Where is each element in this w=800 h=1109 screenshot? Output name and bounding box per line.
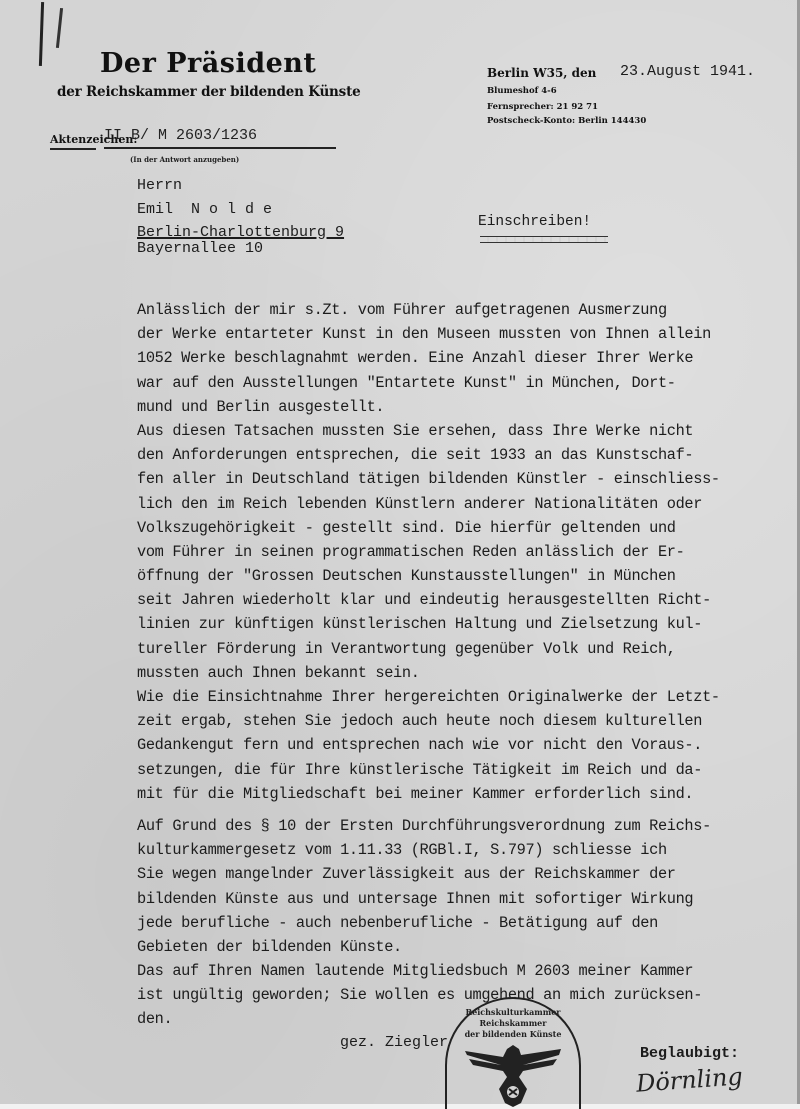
stamp-text: Reichskammer — [447, 1018, 579, 1029]
body-line: Auf Grund des § 10 der Ersten Durchführu… — [137, 814, 797, 838]
body-line: Wie die Einsichtnahme Ihrer hergereichte… — [137, 685, 797, 709]
body-line: Volkszugehörigkeit - gestellt sind. Die … — [137, 516, 797, 540]
double-underline — [480, 236, 608, 243]
body-line: vom Führer in seinen programmatischen Re… — [137, 540, 797, 564]
body-line: setzungen, die für Ihre künstlerische Tä… — [137, 758, 797, 782]
recipient-street: Bayernallee 10 — [137, 240, 263, 257]
body-line: der Werke entarteter Kunst in den Museen… — [137, 322, 797, 346]
body-line: lich den im Reich lebenden Künstlern and… — [137, 492, 797, 516]
body-line: war auf den Ausstellungen "Entartete Kun… — [137, 371, 797, 395]
body-line: Das auf Ihren Namen lautende Mitgliedsbu… — [137, 959, 797, 983]
eagle-emblem-icon — [463, 1043, 563, 1109]
body-line: Sie wegen mangelnder Zuverlässigkeit aus… — [137, 862, 797, 886]
body-line: jede berufliche - auch nebenberufliche -… — [137, 911, 797, 935]
sender-city: Berlin W35, den — [487, 66, 596, 80]
body-line: Gedankengut fern und entsprechen nach wi… — [137, 733, 797, 757]
recipient-city: Berlin-Charlottenburg 9 — [137, 224, 344, 241]
certified-label: Beglaubigt: — [640, 1045, 739, 1062]
sender-street: Blumeshof 4-6 — [487, 86, 557, 96]
letterhead-title: Der Präsident — [100, 48, 316, 79]
sender-postal-account: Postscheck-Konto: Berlin 144430 — [487, 116, 646, 126]
body-line: ist ungültig geworden; Sie wollen es umg… — [137, 983, 797, 1007]
body-line: den Anforderungen entsprechen, die seit … — [137, 443, 797, 467]
body-line: kulturkammergesetz vom 1.11.33 (RGBl.I, … — [137, 838, 797, 862]
registered-mail-label: Einschreiben! — [478, 214, 591, 230]
body-line: Gebieten der bildenden Künste. — [137, 935, 797, 959]
sender-phone: Fernsprecher: 21 92 71 — [487, 102, 598, 112]
body-line: fen aller in Deutschland tätigen bildend… — [137, 467, 797, 491]
body-line: 1052 Werke beschlagnahmt werden. Eine An… — [137, 346, 797, 370]
letterhead-subtitle: der Reichskammer der bildenden Künste — [57, 84, 361, 100]
page-bottom-edge — [0, 1104, 800, 1109]
reference-note: (In der Antwort anzugeben) — [130, 155, 239, 164]
body-line: Anlässlich der mir s.Zt. vom Führer aufg… — [137, 298, 797, 322]
body-line: linien zur künftigen künstlerischen Halt… — [137, 612, 797, 636]
stamp-text: der bildenden Künste — [447, 1029, 579, 1040]
body-line: mussten auch Ihnen bekannt sein. — [137, 661, 797, 685]
body-line: mit für die Mitgliedschaft bei meiner Ka… — [137, 782, 797, 806]
body-line: seit Jahren wiederholt klar und eindeuti… — [137, 588, 797, 612]
reference-number: II B/ M 2603/1236 — [104, 127, 336, 149]
recipient-name: Emil N o l d e — [137, 201, 272, 218]
body-line: tureller Förderung in Verantwortung gege… — [137, 637, 797, 661]
body-line: mund und Berlin ausgestellt. — [137, 395, 797, 419]
recipient-salutation: Herrn — [137, 177, 182, 194]
official-stamp: Reichskulturkammer Reichskammer der bild… — [445, 997, 581, 1109]
body-line: zeit ergab, stehen Sie jedoch auch heute… — [137, 709, 797, 733]
body-line: öffnung der "Grossen Deutschen Kunstauss… — [137, 564, 797, 588]
paragraph-gap — [137, 806, 797, 814]
letter-body: Anlässlich der mir s.Zt. vom Führer aufg… — [137, 298, 797, 1032]
body-line: bildenden Künste aus und untersage Ihnen… — [137, 887, 797, 911]
reference-label: Aktenzeichen: — [50, 133, 96, 150]
signed-by: gez. Ziegler — [340, 1034, 448, 1051]
body-line: Aus diesen Tatsachen mussten Sie ersehen… — [137, 419, 797, 443]
letter-date: 23.August 1941. — [620, 63, 755, 80]
stamp-text: Reichskulturkammer — [447, 1007, 579, 1018]
